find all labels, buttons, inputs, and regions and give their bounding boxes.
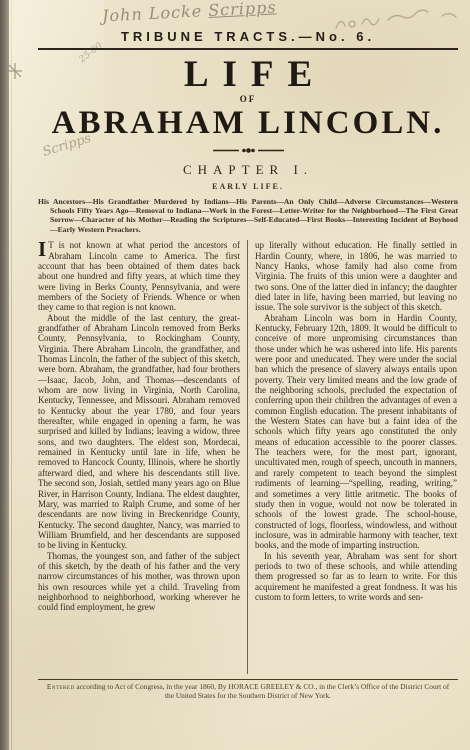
printed-content: TRIBUNE TRACTS.—No. 6. LIFE OF ABRAHAM L…: [38, 0, 458, 700]
pencil-cross-icon: [5, 60, 25, 82]
footer-rule: [38, 679, 458, 680]
chapter-heading: CHAPTER I.: [38, 162, 458, 178]
paragraph: In his seventh year, Abraham was sent fo…: [255, 551, 457, 603]
series-masthead: TRIBUNE TRACTS.—No. 6.: [38, 29, 458, 44]
copyright-notice: Entered according to Act of Congress, in…: [38, 682, 458, 700]
title-abraham-lincoln: ABRAHAM LINCOLN.: [38, 106, 458, 141]
ornament-divider: [38, 146, 458, 155]
paragraph: Abraham Lincoln was born in Hardin Count…: [255, 313, 457, 551]
title-of: OF: [38, 94, 458, 104]
paragraph-text: T is not known at what period the ancest…: [38, 240, 240, 312]
section-heading: EARLY LIFE.: [38, 182, 458, 191]
page-crease: [11, 0, 12, 750]
masthead-rule: [38, 48, 458, 50]
paragraph: up literally without education. He final…: [255, 240, 457, 312]
pamphlet-page: John Locke Scripps 25-00 Scripps TRIBUNE…: [0, 0, 470, 750]
column-left: IT is not known at what period the ances…: [38, 240, 247, 674]
copyright-text: according to Act of Congress, in the yea…: [75, 682, 450, 700]
paragraph: Thomas, the youngest son, and father of …: [38, 551, 240, 613]
page-left-edge: [0, 0, 9, 750]
column-right: up literally without education. He final…: [247, 240, 457, 674]
drop-cap: I: [38, 240, 48, 259]
chapter-synopsis: His Ancestors—His Grandfather Murdered b…: [38, 197, 458, 235]
paragraph: About the middle of the last century, th…: [38, 313, 240, 551]
paragraph: IT is not known at what period the ances…: [38, 240, 240, 312]
title-life: LIFE: [38, 56, 458, 93]
copyright-entered: Entered: [47, 682, 75, 691]
two-column-text: IT is not known at what period the ances…: [38, 240, 458, 674]
